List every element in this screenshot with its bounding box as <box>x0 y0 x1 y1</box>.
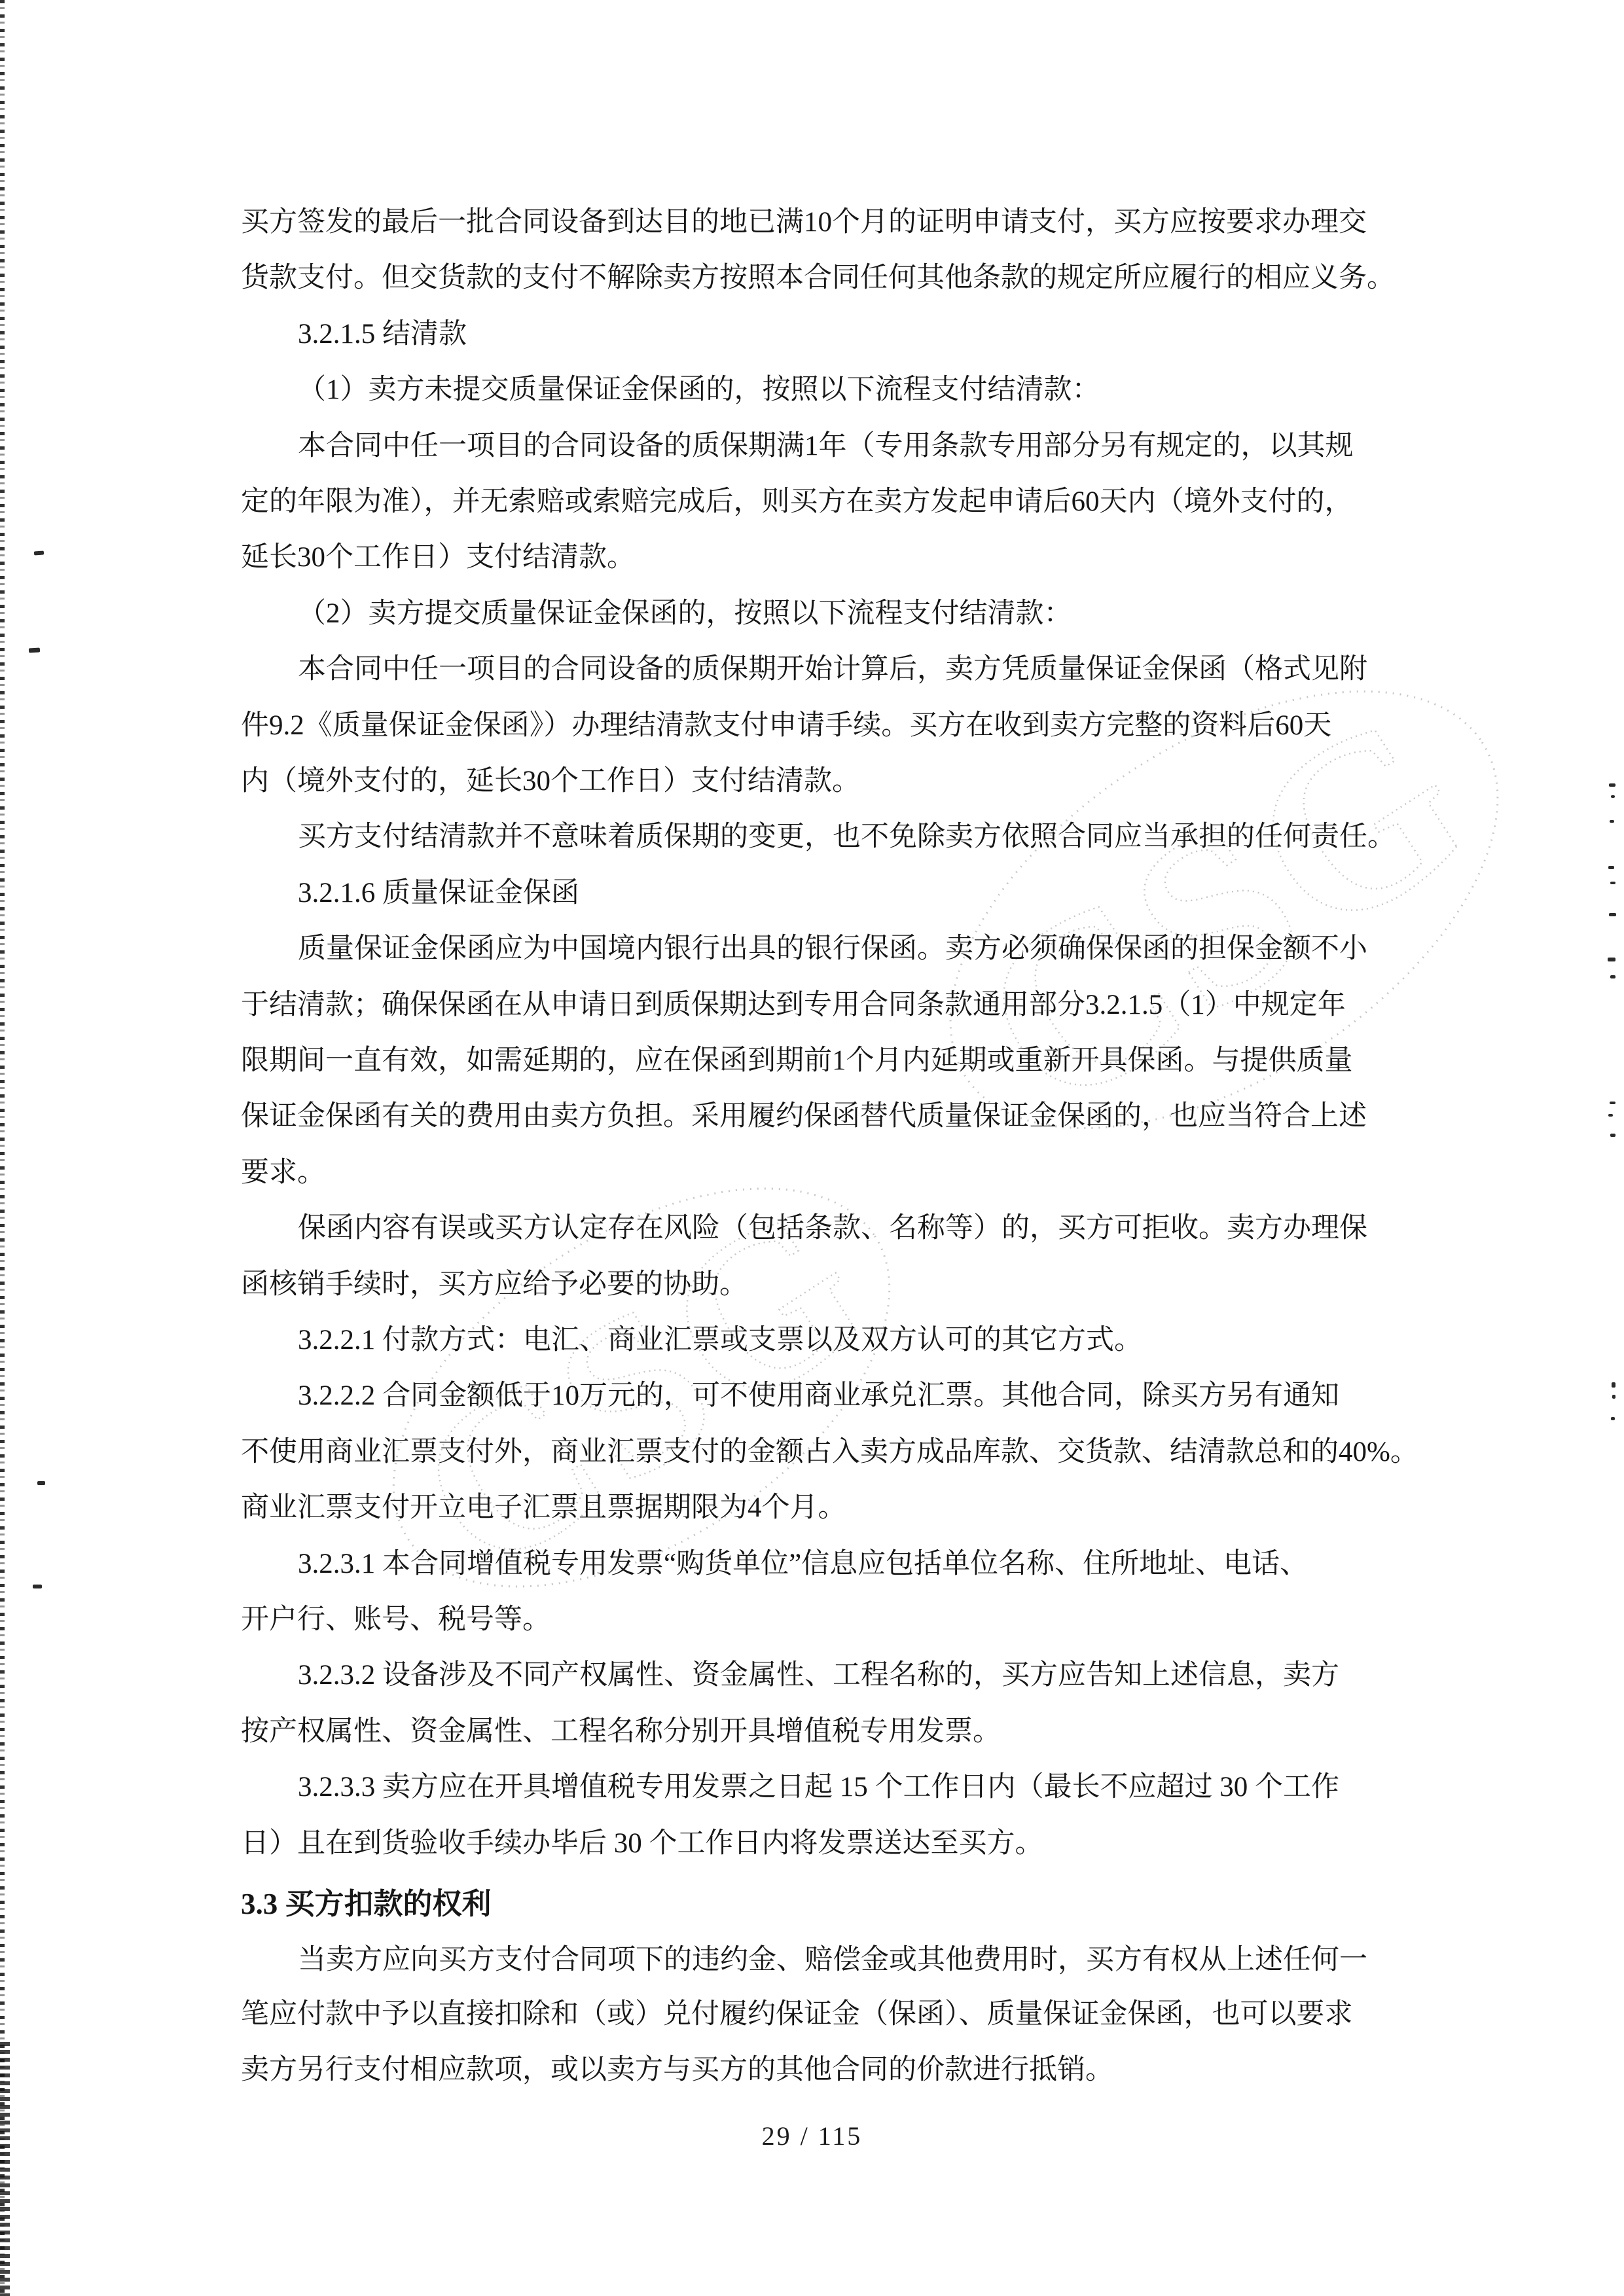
clause-line-3-2-2-1: 3.2.2.1 付款方式：电汇、商业汇票或支票以及双方认可的其它方式。 <box>298 1324 1142 1361</box>
text-line: 按产权属性、资金属性、工程名称分别开具增值税专用发票。 <box>241 1715 1001 1752</box>
scan-speck <box>33 1585 42 1588</box>
section-heading-3-3: 3.3 买方扣款的权利 <box>241 1888 492 1924</box>
scan-edge-artifact <box>0 2042 10 2296</box>
scan-speck <box>29 648 40 653</box>
text-line: 买方签发的最后一批合同设备到达目的地已满10个月的证明申请支付，买方应按要求办理… <box>241 206 1367 243</box>
text-line: 货款支付。但交货款的支付不解除卖方按照本合同任何其他条款的规定所应履行的相应义务… <box>241 262 1395 298</box>
text-line: 保函内容有误或买方认定存在风险（包括条款、名称等）的，买方可拒收。卖方办理保 <box>298 1212 1367 1249</box>
scan-speck <box>1608 866 1614 869</box>
text-line: 函核销手续时，买方应给予必要的协助。 <box>241 1268 748 1305</box>
scan-speck <box>1609 913 1616 916</box>
clause-line-3-2-3-1: 3.2.3.1 本合同增值税专用发票“购货单位”信息应包括单位名称、住所地址、电… <box>298 1548 1308 1585</box>
clause-line-3-2-3-2: 3.2.3.2 设备涉及不同产权属性、资金属性、工程名称的，买方应告知上述信息，… <box>298 1659 1339 1696</box>
text-line: 本合同中任一项目的合同设备的质保期开始计算后，卖方凭质量保证金保函（格式见附 <box>298 653 1367 690</box>
scan-speck <box>37 1481 45 1485</box>
text-line: 买方支付结清款并不意味着质保期的变更，也不免除卖方依照合同应当承担的任何责任。 <box>298 821 1396 857</box>
text-line: 笔应付款中予以直接扣除和（或）兑付履约保证金（保函）、质量保证金保函，也可以要求 <box>241 1998 1353 2035</box>
text-line: 开户行、账号、税号等。 <box>241 1604 550 1640</box>
scan-edge-artifact <box>0 0 5 2296</box>
text-line: （1）卖方未提交质量保证金保函的，按照以下流程支付结清款： <box>298 374 1100 410</box>
text-line: 卖方另行支付相应款项，或以卖方与买方的其他合同的价款进行抵销。 <box>241 2054 1113 2090</box>
scan-speck <box>1610 882 1615 884</box>
clause-heading-3-2-1-5: 3.2.1.5 结清款 <box>298 318 467 355</box>
text-line: 于结清款；确保保函在从申请日到质保期达到专用合同条款通用部分3.2.1.5（1）… <box>241 989 1346 1026</box>
text-line: 限期间一直有效，如需延期的，应在保函到期前1个月内延期或重新开具保函。与提供质量 <box>241 1045 1353 1081</box>
text-line: 商业汇票支付开立电子汇票且票据期限为4个月。 <box>241 1492 846 1528</box>
document-page: CSG CSG 买方签发的最后一批合同设备到达目的地已满10个月的证明申请支付，… <box>0 0 1624 2296</box>
scan-speck <box>34 550 44 555</box>
text-line: 本合同中任一项目的合同设备的质保期满1年（专用条款专用部分另有规定的，以其规 <box>298 430 1354 467</box>
text-line: 件9.2《质量保证金保函》）办理结清款支付申请手续。买方在收到卖方完整的资料后6… <box>241 709 1331 746</box>
text-line: 定的年限为准），并无索赔或索赔完成后，则买方在卖方发起申请后60天内（境外支付的… <box>241 486 1353 522</box>
text-line: 质量保证金保函应为中国境内银行出具的银行保函。卖方必须确保保函的担保金额不小 <box>298 933 1367 969</box>
text-line: 保证金保函有关的费用由卖方负担。采用履约保函替代质量保证金保函的，也应当符合上述 <box>241 1100 1367 1137</box>
clause-line-3-2-3-3: 3.2.3.3 卖方应在开具增值税专用发票之日起 15 个工作日内（最长不应超过… <box>298 1771 1339 1808</box>
scan-speck <box>1610 820 1614 823</box>
page-number: 29 / 115 <box>0 2121 1624 2151</box>
text-line: 内（境外支付的，延长30个工作日）支付结清款。 <box>241 765 860 802</box>
text-line: 日）且在到货验收手续办毕后 30 个工作日内将发票送达至买方。 <box>241 1827 1043 1864</box>
text-line: 延长30个工作日）支付结清款。 <box>241 541 635 578</box>
scan-speck <box>1608 1114 1613 1117</box>
scan-speck <box>1609 783 1615 787</box>
scan-speck <box>1611 1417 1615 1420</box>
scan-speck <box>1608 958 1615 961</box>
scan-speck <box>1612 1382 1615 1388</box>
scan-speck <box>1610 1134 1615 1137</box>
text-line: （2）卖方提交质量保证金保函的，按照以下流程支付结清款： <box>298 598 1072 634</box>
scan-speck <box>1611 795 1615 798</box>
clause-heading-3-2-1-6: 3.2.1.6 质量保证金保函 <box>298 877 579 914</box>
text-line: 要求。 <box>241 1157 325 1193</box>
text-line: 当卖方应向买方支付合同项下的违约金、赔偿金或其他费用时，买方有权从上述任何一 <box>298 1944 1367 1981</box>
scan-speck <box>1612 1395 1615 1399</box>
clause-line-3-2-2-2: 3.2.2.2 合同金额低于10万元的，可不使用商业承兑汇票。其他合同，除买方另… <box>298 1380 1339 1416</box>
scan-speck <box>1610 1102 1615 1104</box>
text-line: 不使用商业汇票支付外，商业汇票支付的金额占入卖方成品库款、交货款、结清款总和的4… <box>241 1436 1418 1473</box>
scan-speck <box>1610 975 1615 978</box>
